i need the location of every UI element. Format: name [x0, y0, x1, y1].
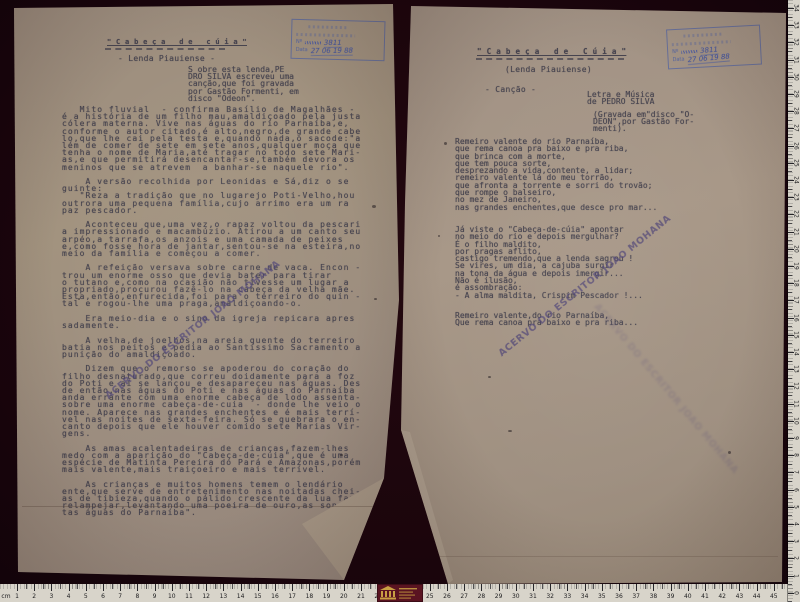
ruler-half-tick	[163, 584, 164, 589]
ruler-half-tick	[542, 584, 543, 589]
scan-background: " C a b e ç a d e c ú i a " - Lenda Piau…	[0, 0, 800, 602]
ruler-cm-tick	[619, 584, 620, 591]
intro-note: S obre esta lenda,PE DRO SILVA escreveu …	[188, 66, 299, 102]
recording-note: (Gravada em"disco "O- DEON",por Gastão F…	[593, 111, 694, 133]
ruler-cm-tick	[17, 584, 18, 591]
ruler-half-tick	[788, 533, 792, 534]
title-underline	[476, 58, 624, 60]
ruler-half-tick	[788, 343, 792, 344]
ruler-half-tick	[593, 584, 594, 589]
ruler-number: 8	[793, 453, 800, 457]
document-page-right: " C a b e ç a d e C ú i a " (Lenda Piaui…	[398, 3, 790, 587]
archive-diagonal-stamp-ghost: ACERVO DO ESCRITOR JOÃO MOHANA	[592, 302, 741, 476]
ink-speck	[728, 451, 731, 454]
ruler-number: 17	[793, 297, 800, 305]
ruler-number: 3	[793, 539, 800, 543]
ruler-cm-tick	[86, 584, 87, 591]
illegible-text	[683, 32, 721, 37]
ruler-cm-tick	[137, 584, 138, 591]
ruler-cm-tick	[327, 584, 328, 591]
ruler-cm-tick	[774, 584, 775, 591]
ruler-half-tick	[788, 68, 792, 69]
ruler-number: 28	[478, 593, 486, 600]
ruler-number: 9	[793, 436, 800, 440]
ruler-number: 33	[793, 21, 800, 29]
ruler-number: 10	[168, 593, 176, 600]
ruler-number: 3	[49, 593, 53, 600]
ruler-number: 32	[546, 593, 554, 600]
ink-speck	[374, 298, 377, 300]
ruler-cm-tick	[447, 584, 448, 591]
ruler-number: 37	[632, 593, 640, 600]
ruler-number: 18	[793, 279, 800, 287]
ruler-number: 27	[460, 593, 468, 600]
ruler-number: 6	[101, 593, 105, 600]
ruler-half-tick	[788, 85, 792, 86]
ruler-half-tick	[788, 567, 792, 568]
ruler-number: 11	[793, 400, 800, 408]
ruler-number: 20	[793, 245, 800, 253]
document-page-left: " C a b e ç a d e c ú i a " - Lenda Piau…	[10, 2, 402, 584]
ruler-half-tick	[788, 515, 792, 516]
ruler-cm-tick	[481, 584, 482, 591]
ruler-cm-tick	[722, 584, 723, 591]
ruler-number: 19	[793, 262, 800, 270]
ruler-half-tick	[679, 584, 680, 589]
ruler-number: 38	[650, 593, 658, 600]
ruler-half-tick	[559, 584, 560, 589]
ruler-cm-tick	[292, 584, 293, 591]
ruler-cm-tick	[69, 584, 70, 591]
ruler-half-tick	[438, 584, 439, 589]
ruler-half-tick	[628, 584, 629, 589]
ruler-cm-tick	[585, 584, 586, 591]
ruler-vertical: 3433323130292827262524232221201918171615…	[788, 0, 800, 602]
ruler-half-tick	[284, 584, 285, 589]
ruler-number: 16	[271, 593, 279, 600]
ruler-cm-tick	[103, 584, 104, 591]
ruler-half-tick	[788, 257, 792, 258]
title-underline	[105, 48, 225, 50]
ruler-number: 31	[793, 56, 800, 64]
ruler-number: 2	[793, 556, 800, 560]
ruler-number: 30	[793, 73, 800, 81]
ruler-number: 34	[581, 593, 589, 600]
ruler-cm-tick	[533, 584, 534, 591]
page-subtitle: (Lenda Piauiense)	[505, 65, 592, 74]
registry-date-label: Data	[296, 47, 308, 53]
paper-crease	[22, 506, 382, 507]
ruler-number: 0	[793, 591, 800, 595]
ruler-number: 1	[793, 574, 800, 578]
ruler-cm-tick	[516, 584, 517, 591]
ruler-cm-tick	[361, 584, 362, 591]
ruler-number: 20	[340, 593, 348, 600]
ruler-half-tick	[318, 584, 319, 589]
ruler-half-tick	[198, 584, 199, 589]
ruler-number: 31	[529, 593, 537, 600]
ruler-half-tick	[788, 223, 792, 224]
ruler-cm-tick	[602, 584, 603, 591]
ruler-half-tick	[610, 584, 611, 589]
ruler-number: 25	[793, 159, 800, 167]
ruler-cm-tick	[206, 584, 207, 591]
ruler-number: 27	[793, 125, 800, 133]
ruler-cm-tick	[120, 584, 121, 591]
ruler-cm-tick	[241, 584, 242, 591]
paper-crease	[428, 556, 778, 557]
song-label: - Canção -	[485, 85, 536, 94]
ruler-half-tick	[788, 275, 792, 276]
ruler-number: 17	[288, 593, 296, 600]
ruler-number: 1	[15, 593, 19, 600]
ruler-cm-tick	[189, 584, 190, 591]
ruler-half-tick	[352, 584, 353, 589]
ruler-number: 16	[793, 314, 800, 322]
ruler-number: 44	[753, 593, 761, 600]
ink-speck	[340, 454, 343, 456]
ruler-cm-tick	[688, 584, 689, 591]
ruler-number: 39	[667, 593, 675, 600]
ruler-number: 42	[718, 593, 726, 600]
ruler-half-tick	[788, 429, 792, 430]
ruler-number: 32	[793, 39, 800, 47]
ruler-cm-tick	[275, 584, 276, 591]
ruler-half-tick	[788, 326, 792, 327]
ruler-half-tick	[524, 584, 525, 589]
ruler-number: 6	[793, 488, 800, 492]
registry-number-label: Nº	[296, 39, 302, 45]
ruler-number: 2	[32, 593, 36, 600]
ruler-half-tick	[43, 584, 44, 589]
ruler-half-tick	[370, 584, 371, 589]
ruler-half-tick	[788, 206, 792, 207]
ruler-number: 14	[237, 593, 245, 600]
ruler-half-tick	[788, 120, 792, 121]
ruler-half-tick	[788, 550, 792, 551]
archive-building-icon	[378, 585, 422, 601]
ruler-number: 15	[254, 593, 262, 600]
ruler-number: 24	[793, 176, 800, 184]
ruler-half-tick	[788, 34, 792, 35]
ruler-half-tick	[748, 584, 749, 589]
ruler-cm-tick	[309, 584, 310, 591]
scribble-mark	[681, 49, 697, 53]
ruler-number: 19	[323, 593, 331, 600]
ruler-half-tick	[129, 584, 130, 589]
ruler-half-tick	[473, 584, 474, 589]
ruler-number: 12	[202, 593, 210, 600]
ruler-cm-tick	[464, 584, 465, 591]
ruler-half-tick	[301, 584, 302, 589]
ruler-cm-tick	[636, 584, 637, 591]
ruler-half-tick	[232, 584, 233, 589]
ruler-cm-tick	[499, 584, 500, 591]
registry-number-label: Nº	[672, 49, 678, 55]
ruler-half-tick	[26, 584, 27, 589]
ruler-half-tick	[576, 584, 577, 589]
registry-stamp: Nº 3811 Data 27 06 19 88	[666, 25, 762, 70]
ruler-half-tick	[788, 481, 792, 482]
ruler-half-tick	[788, 412, 792, 413]
ruler-half-tick	[662, 584, 663, 589]
ruler-number: 29	[495, 593, 503, 600]
ruler-half-tick	[788, 395, 792, 396]
ruler-half-tick	[456, 584, 457, 589]
ruler-cm-tick	[567, 584, 568, 591]
scribble-mark	[305, 41, 321, 44]
ruler-half-tick	[696, 584, 697, 589]
ruler-cm-tick	[671, 584, 672, 591]
ruler-half-tick	[788, 498, 792, 499]
ruler-number: 33	[564, 593, 572, 600]
ruler-half-tick	[94, 584, 95, 589]
ruler-number: 4	[793, 522, 800, 526]
illegible-text	[296, 32, 355, 37]
ruler-cm-tick	[258, 584, 259, 591]
ruler-number: 28	[793, 107, 800, 115]
ruler-half-tick	[645, 584, 646, 589]
ruler-number: 21	[357, 593, 365, 600]
bullet-mark	[444, 142, 447, 145]
ruler-number: 18	[306, 593, 314, 600]
ruler-number: 4	[67, 593, 71, 600]
ruler-half-tick	[788, 137, 792, 138]
registry-date-value: 27 06 19 88	[311, 46, 353, 55]
ruler-number: 45	[770, 593, 778, 600]
ruler-number: 40	[684, 593, 692, 600]
ruler-half-tick	[112, 584, 113, 589]
ruler-number: 5	[84, 593, 88, 600]
page-subtitle: - Lenda Piauiense -	[118, 54, 215, 63]
ruler-cm-tick	[430, 584, 431, 591]
ruler-number: 43	[736, 593, 744, 600]
ruler-half-tick	[249, 584, 250, 589]
ruler-half-tick	[788, 361, 792, 362]
ruler-cm-tick	[51, 584, 52, 591]
registry-stamp: Nº 3811 Data 27 06 19 88	[290, 19, 385, 61]
ruler-half-tick	[60, 584, 61, 589]
ruler-number: 12	[793, 383, 800, 391]
ruler-half-tick	[335, 584, 336, 589]
ruler-half-tick	[788, 171, 792, 172]
ruler-number: 29	[793, 90, 800, 98]
ruler-half-tick	[788, 584, 792, 585]
ruler-number: 26	[443, 593, 451, 600]
ruler-number: 15	[793, 331, 800, 339]
ruler-half-tick	[788, 292, 792, 293]
ruler-number: 14	[793, 348, 800, 356]
ruler-half-tick	[788, 103, 792, 104]
ruler-cm-tick	[757, 584, 758, 591]
ruler-cm-tick	[550, 584, 551, 591]
ruler-half-tick	[714, 584, 715, 589]
ruler-number: 8	[135, 593, 139, 600]
ruler-number: 35	[598, 593, 606, 600]
ruler-number: 5	[793, 505, 800, 509]
ruler-half-tick	[731, 584, 732, 589]
ruler-number: 7	[793, 470, 800, 474]
ink-speck	[372, 205, 376, 208]
ruler-half-tick	[507, 584, 508, 589]
page-title: " C a b e ç a d e C ú i a "	[477, 47, 626, 56]
ruler-number: 13	[793, 365, 800, 373]
ruler-half-tick	[77, 584, 78, 589]
registry-date-label: Data	[672, 57, 684, 64]
ruler-number: 21	[793, 228, 800, 236]
ruler-number: 30	[512, 593, 520, 600]
ruler-half-tick	[765, 584, 766, 589]
ruler-number: 25	[426, 593, 434, 600]
ruler-number: 41	[701, 593, 709, 600]
ruler-number: 36	[615, 593, 623, 600]
ruler-cm-tick	[34, 584, 35, 591]
ruler-cm-tick	[739, 584, 740, 591]
ruler-number: 11	[185, 593, 193, 600]
ruler-number: 23	[793, 193, 800, 201]
ruler-number: 7	[118, 593, 122, 600]
ruler-half-tick	[490, 584, 491, 589]
ruler-half-tick	[266, 584, 267, 589]
ruler-half-tick	[788, 378, 792, 379]
ruler-half-tick	[146, 584, 147, 589]
ruler-half-tick	[180, 584, 181, 589]
ink-speck	[488, 376, 491, 378]
ruler-number: 22	[793, 211, 800, 219]
ruler-unit-label: cm	[1, 593, 10, 600]
ruler-cm-tick	[344, 584, 345, 591]
ruler-half-tick	[788, 240, 792, 241]
ruler-half-tick	[788, 447, 792, 448]
ruler-half-tick	[782, 584, 783, 589]
ruler-half-tick	[788, 309, 792, 310]
ruler-cm-tick	[155, 584, 156, 591]
ink-speck	[438, 235, 440, 237]
ink-speck	[78, 298, 80, 300]
ruler-number: 26	[793, 142, 800, 150]
ruler-half-tick	[788, 189, 792, 190]
credit-note: Letra e Música de PEDRO SILVA	[587, 91, 654, 105]
ruler-cm-tick	[223, 584, 224, 591]
ruler-cm-tick	[705, 584, 706, 591]
ruler-number: 13	[220, 593, 228, 600]
ruler-number: 34	[793, 4, 800, 12]
ruler-cm-tick	[172, 584, 173, 591]
ink-speck	[508, 430, 512, 432]
ruler-number: 10	[793, 417, 800, 425]
ruler-half-tick	[788, 17, 792, 18]
ruler-half-tick	[788, 464, 792, 465]
ruler-half-tick	[215, 584, 216, 589]
song-verse-1: Remeiro valente do rio Parnaíba, que rem…	[455, 138, 657, 211]
ruler-cm-tick	[653, 584, 654, 591]
illegible-text	[308, 25, 346, 29]
archive-logo	[377, 584, 423, 602]
page-title: " C a b e ç a d e c ú i a "	[107, 38, 247, 46]
ruler-half-tick	[788, 154, 792, 155]
ruler-half-tick	[788, 51, 792, 52]
ruler-number: 9	[153, 593, 157, 600]
